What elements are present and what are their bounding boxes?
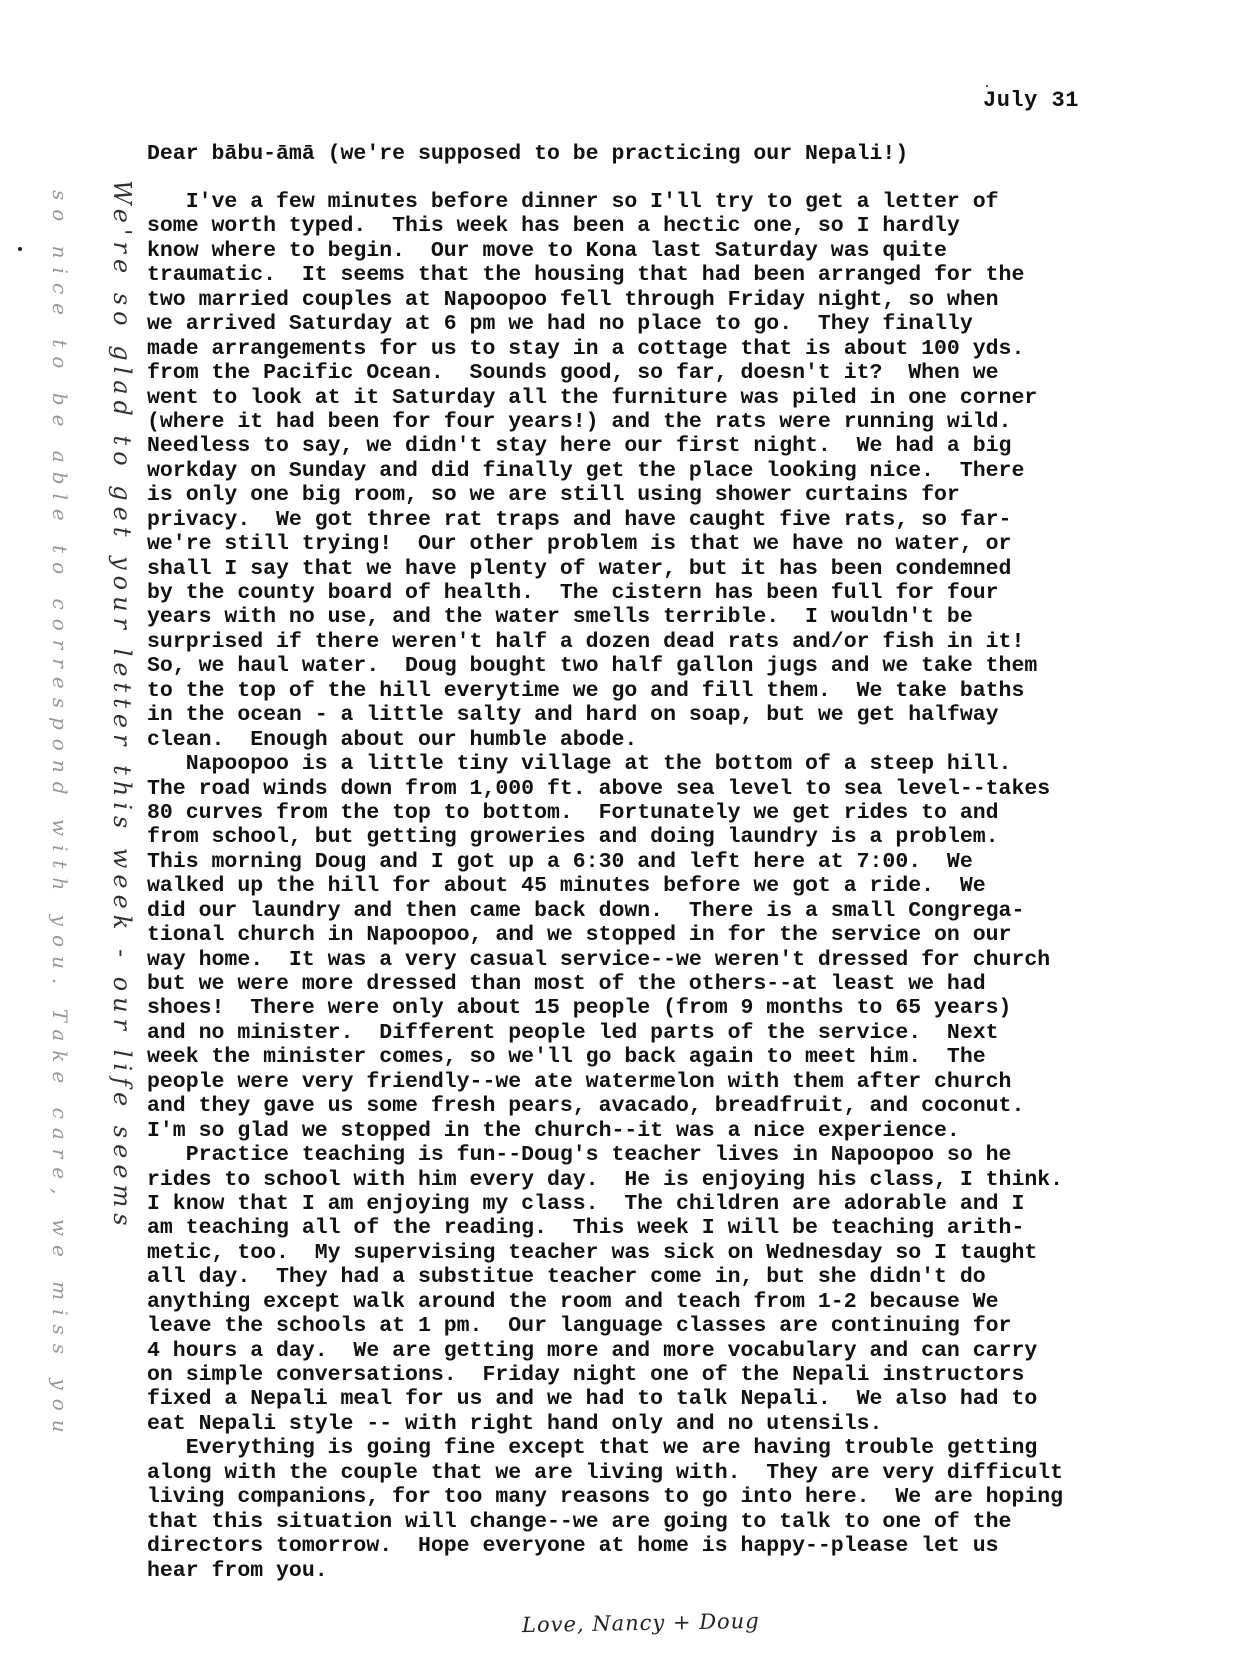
letter-line: I've a few minutes before dinner so I'll… (147, 190, 1227, 214)
letter-line: made arrangements for us to stay in a co… (147, 337, 1227, 361)
letter-line: clean. Enough about our humble abode. (147, 728, 1227, 752)
handwritten-signature: Love, Nancy + Doug (522, 1609, 760, 1637)
letter-line: Napoopoo is a little tiny village at the… (147, 752, 1227, 776)
letter-line: we're still trying! Our other problem is… (147, 532, 1227, 556)
letter-line: in the ocean - a little salty and hard o… (147, 703, 1227, 727)
letter-line: on simple conversations. Friday night on… (147, 1363, 1227, 1387)
letter-line: from school, but getting groweries and d… (147, 825, 1227, 849)
letter-date: July 31 (983, 88, 1079, 113)
letter-line: The road winds down from 1,000 ft. above… (147, 777, 1227, 801)
letter-line: from the Pacific Ocean. Sounds good, so … (147, 361, 1227, 385)
letter-line: surprised if there weren't half a dozen … (147, 630, 1227, 654)
letter-line: some worth typed. This week has been a h… (147, 214, 1227, 238)
letter-line: directors tomorrow. Hope everyone at hom… (147, 1534, 1227, 1558)
letter-line: eat Nepali style -- with right hand only… (147, 1412, 1227, 1436)
letter-line: anything except walk around the room and… (147, 1290, 1227, 1314)
letter-line: Needless to say, we didn't stay here our… (147, 434, 1227, 458)
letter-line: shoes! There were only about 15 people (… (147, 996, 1227, 1020)
letter-salutation: Dear bābu-āmā (we're supposed to be prac… (147, 142, 908, 166)
letter-line: Everything is going fine except that we … (147, 1436, 1227, 1460)
letter-line: way home. It was a very casual service--… (147, 948, 1227, 972)
letter-line: all day. They had a substitue teacher co… (147, 1265, 1227, 1289)
letter-line: went to look at it Saturday all the furn… (147, 386, 1227, 410)
letter-line: but we were more dressed than most of th… (147, 972, 1227, 996)
letter-line: two married couples at Napoopoo fell thr… (147, 288, 1227, 312)
letter-line: and no minister. Different people led pa… (147, 1021, 1227, 1045)
letter-line: did our laundry and then came back down.… (147, 899, 1227, 923)
letter-line: I know that I am enjoying my class. The … (147, 1192, 1227, 1216)
letter-line: walked up the hill for about 45 minutes … (147, 874, 1227, 898)
letter-line: This morning Doug and I got up a 6:30 an… (147, 850, 1227, 874)
ink-speck (18, 247, 22, 251)
letter-line: week the minister comes, so we'll go bac… (147, 1045, 1227, 1069)
letter-line: (where it had been for four years!) and … (147, 410, 1227, 434)
letter-line: to the top of the hill everytime we go a… (147, 679, 1227, 703)
letter-line: leave the schools at 1 pm. Our language … (147, 1314, 1227, 1338)
letter-line: is only one big room, so we are still us… (147, 483, 1227, 507)
letter-line: fixed a Nepali meal for us and we had to… (147, 1387, 1227, 1411)
letter-line: 4 hours a day. We are getting more and m… (147, 1339, 1227, 1363)
letter-page: July 31 Dear bābu-āmā (we're supposed to… (0, 0, 1258, 1658)
letter-line: tional church in Napoopoo, and we stoppe… (147, 923, 1227, 947)
letter-body: I've a few minutes before dinner so I'll… (147, 190, 1227, 1583)
letter-line: shall I say that we have plenty of water… (147, 557, 1227, 581)
ink-speck (986, 85, 988, 87)
letter-line: along with the couple that we are living… (147, 1461, 1227, 1485)
faint-margin-note: so nice to be able to correspond with yo… (48, 190, 72, 1442)
letter-line: by the county board of health. The ciste… (147, 581, 1227, 605)
letter-line: living companions, for too many reasons … (147, 1485, 1227, 1509)
letter-line: that this situation will change--we are … (147, 1510, 1227, 1534)
letter-line: hear from you. (147, 1559, 1227, 1583)
letter-line: and they gave us some fresh pears, avaca… (147, 1094, 1227, 1118)
letter-line: I'm so glad we stopped in the church--it… (147, 1119, 1227, 1143)
letter-line: we arrived Saturday at 6 pm we had no pl… (147, 312, 1227, 336)
letter-line: know where to begin. Our move to Kona la… (147, 239, 1227, 263)
letter-line: years with no use, and the water smells … (147, 605, 1227, 629)
letter-line: metic, too. My supervising teacher was s… (147, 1241, 1227, 1265)
letter-line: rides to school with him every day. He i… (147, 1168, 1227, 1192)
letter-line: people were very friendly--we ate waterm… (147, 1070, 1227, 1094)
letter-line: traumatic. It seems that the housing tha… (147, 263, 1227, 287)
letter-line: 80 curves from the top to bottom. Fortun… (147, 801, 1227, 825)
handwritten-margin-note: We're so glad to get your letter this we… (108, 180, 136, 1232)
letter-line: am teaching all of the reading. This wee… (147, 1216, 1227, 1240)
letter-line: So, we haul water. Doug bought two half … (147, 654, 1227, 678)
letter-line: privacy. We got three rat traps and have… (147, 508, 1227, 532)
letter-line: Practice teaching is fun--Doug's teacher… (147, 1143, 1227, 1167)
letter-line: workday on Sunday and did finally get th… (147, 459, 1227, 483)
